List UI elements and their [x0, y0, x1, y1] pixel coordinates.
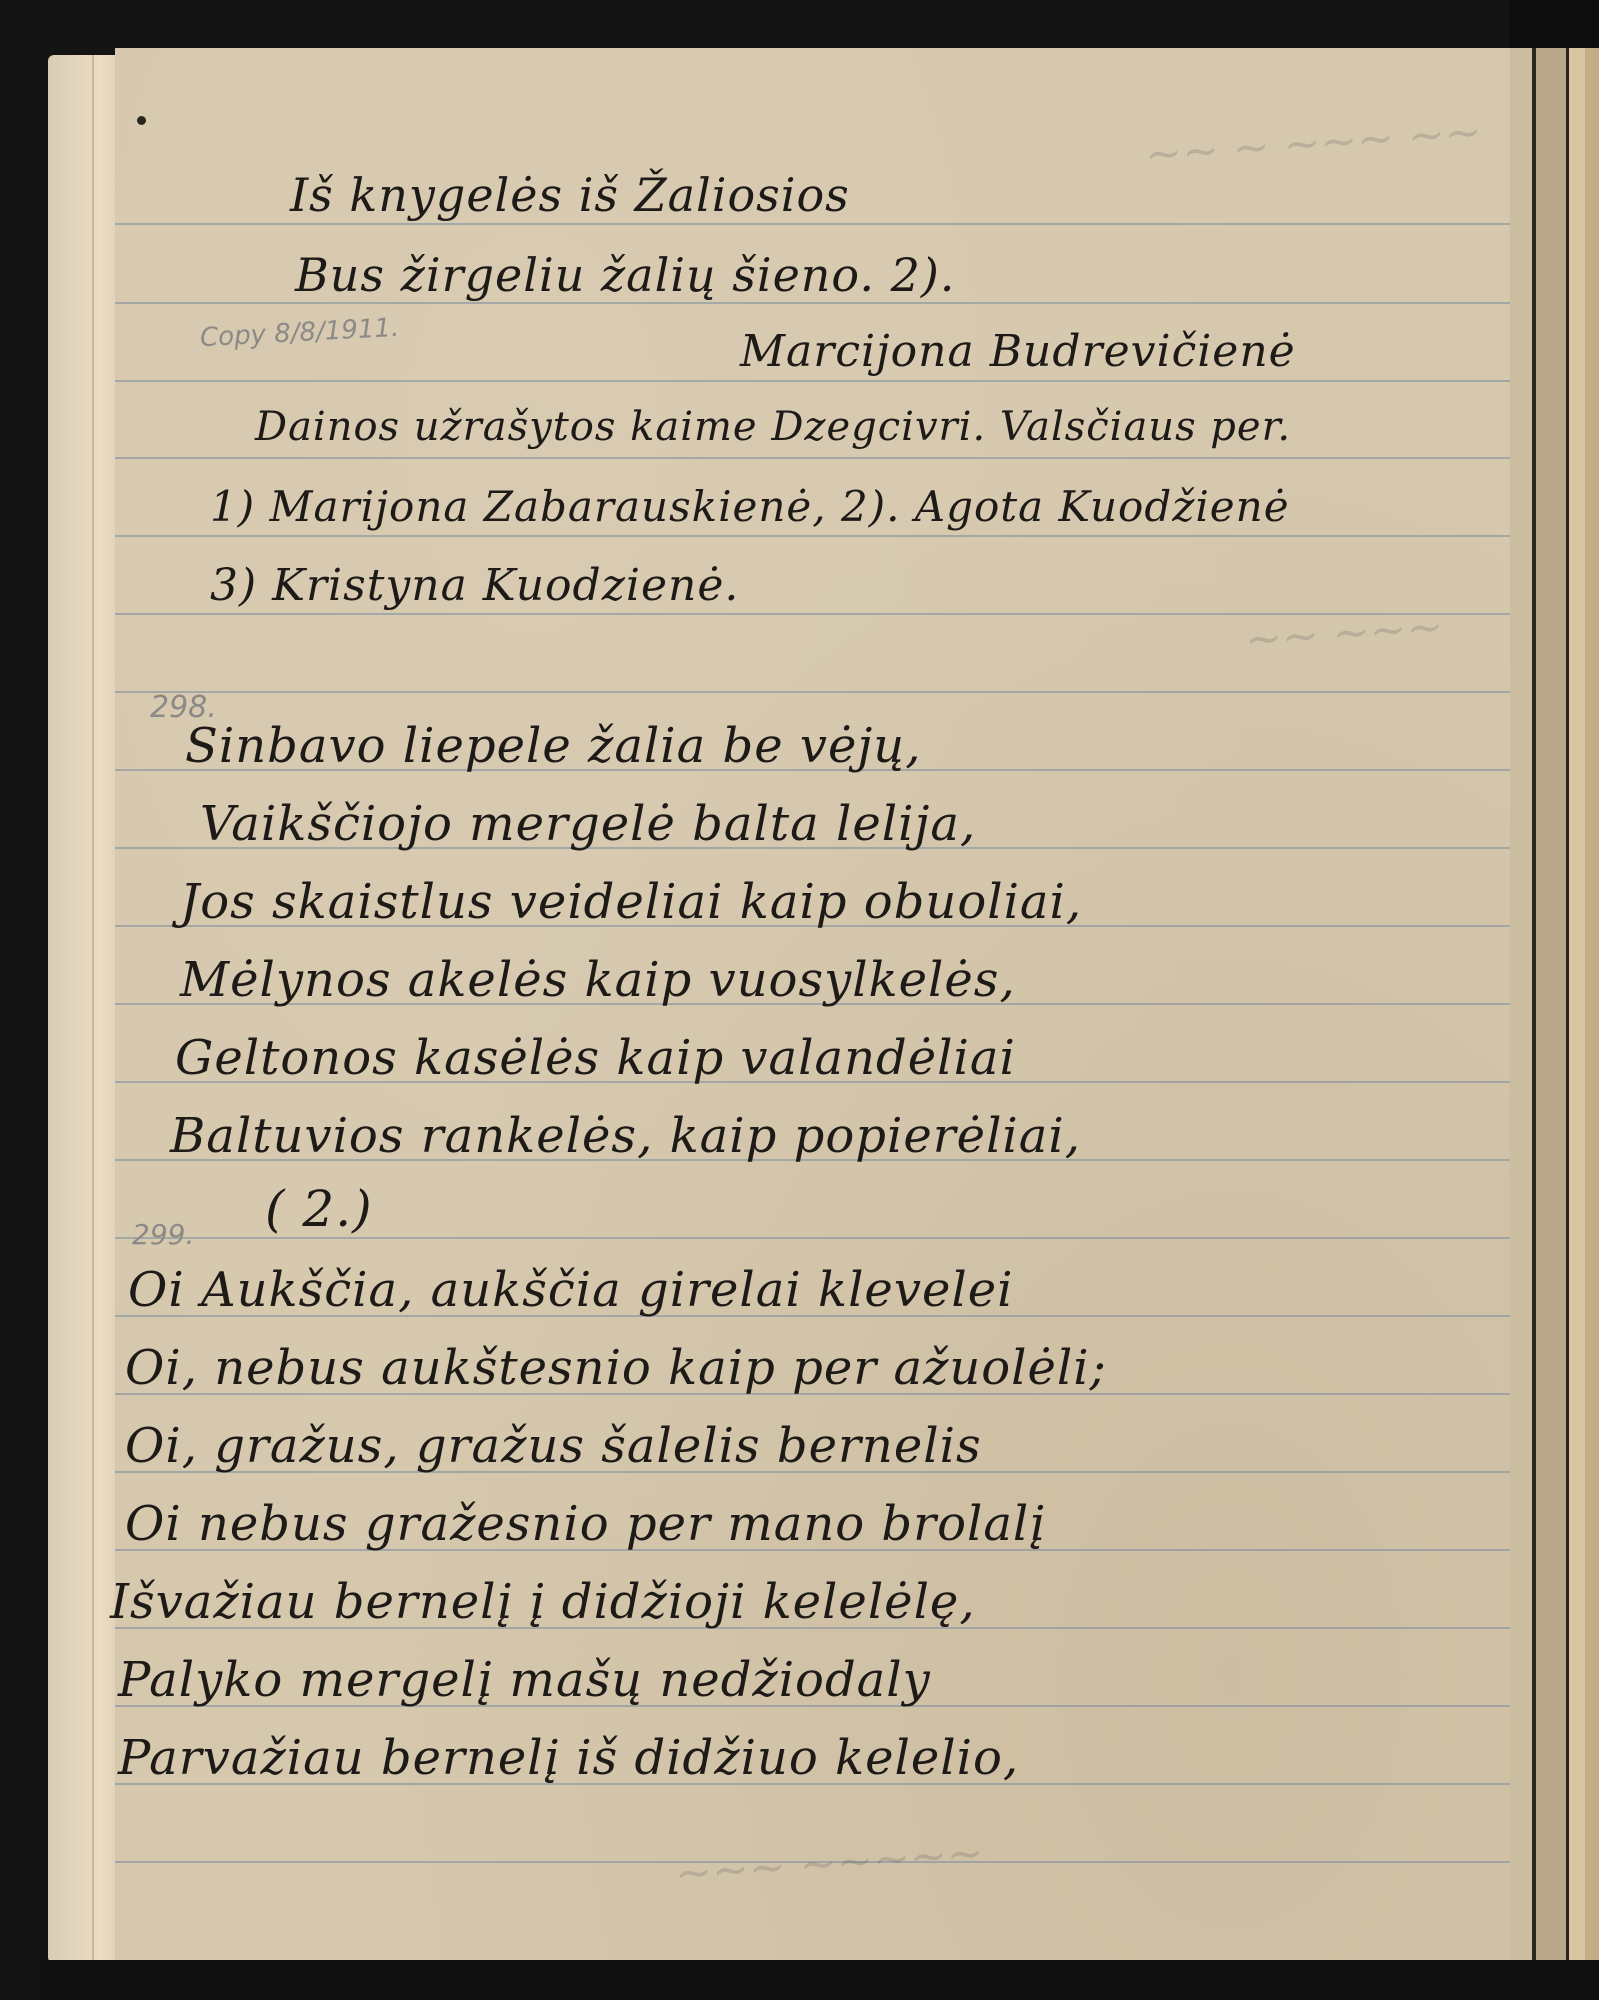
ruled-line: [115, 535, 1510, 537]
song-line: Mėlynos akelės kaip vuosylkelės,: [180, 952, 1016, 1008]
song-title: Bus žirgeliu žalių šieno. 2).: [295, 248, 955, 302]
song-line: Išvažiau bernelį į didžioji kelelėlę,: [110, 1574, 976, 1630]
song-line: Vaikščiojo mergelė balta lelija,: [200, 796, 976, 852]
ruled-line: [115, 457, 1510, 459]
performers-line-2: 3) Kristyna Kuodzienė.: [210, 560, 739, 611]
ruled-line: [115, 223, 1510, 225]
singer-name: Marcijona Budrevičienė: [740, 326, 1296, 377]
scan-bottom-background: [40, 1960, 1599, 2000]
notebook-binding: [1510, 48, 1599, 2000]
ruled-line: [115, 302, 1510, 304]
song-line: Jos skaistlus veideliai kaip obuoliai,: [180, 874, 1082, 930]
song-line: Parvažiau bernelį iš didžiuo kelelio,: [118, 1730, 1019, 1786]
bleed-through-text: ~~ ~ ~~~ ~~: [1144, 106, 1484, 180]
song-line: Palyko mergelį mašų nedžiodaly: [118, 1652, 931, 1708]
bleed-through-text: ~~ ~~~: [1243, 601, 1444, 666]
performers-line-1: 1) Marijona Zabarauskienė, 2). Agota Kuo…: [210, 482, 1290, 531]
song-line: Sinbavo liepele žalia be vėjų,: [185, 718, 921, 774]
bleed-through-text: ~~~ ~~~~~: [674, 1827, 986, 1899]
ink-blot: [137, 116, 146, 125]
song-line: Geltonos kasėlės kaip valandėliai: [175, 1030, 1016, 1086]
song-number: 299.: [132, 1218, 194, 1251]
song-line: Oi nebus gražesnio per mano brolalį: [125, 1496, 1046, 1552]
song-line: Baltuvios rankelės, kaip popierėliai,: [170, 1108, 1081, 1164]
ruled-line: [115, 380, 1510, 382]
song-line: Oi, gražus, gražus šalelis bernelis: [125, 1418, 982, 1474]
refrain-mark: ( 2.): [265, 1180, 373, 1238]
song-line: Oi, nebus aukštesnio kaip per ažuolėli;: [125, 1340, 1107, 1396]
page-edge-stack: [48, 55, 123, 1963]
origin-line: Dainos užrašytos kaime Dzegcivri. Valsči…: [255, 404, 1291, 450]
ruled-line: [115, 691, 1510, 693]
source-line: Iš knygelės iš Žaliosios: [290, 168, 850, 222]
song-line: Oi Aukščia, aukščia girelai klevelei: [128, 1262, 1013, 1318]
binding-top-shadow: [1510, 0, 1599, 52]
